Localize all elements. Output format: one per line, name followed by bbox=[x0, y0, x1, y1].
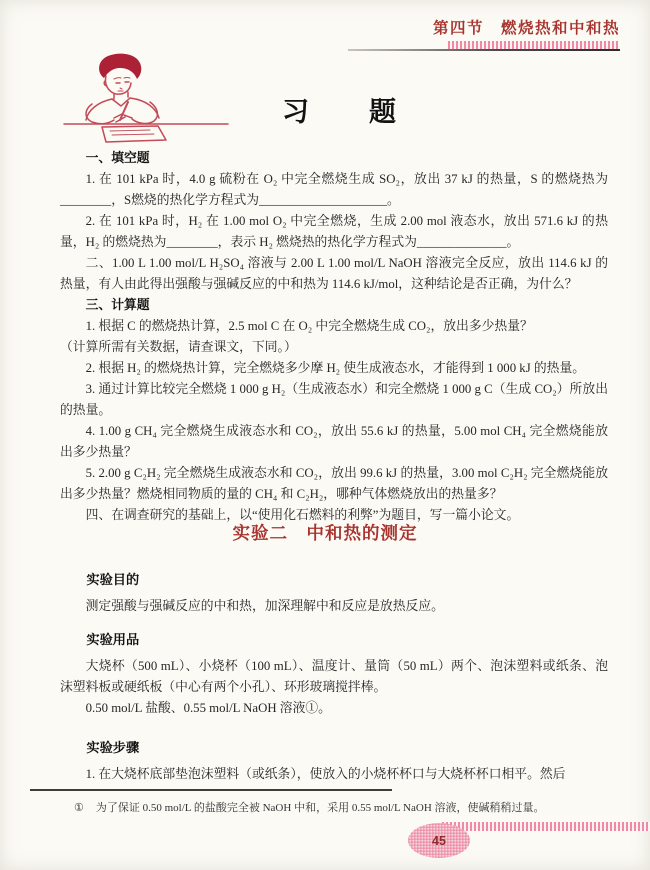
footnote-marker: ① bbox=[74, 801, 84, 816]
footer-stripe-ribbon bbox=[442, 822, 650, 831]
footnote-divider-line bbox=[30, 789, 392, 791]
experiment-section-title: 实验二 中和热的测定 bbox=[0, 520, 650, 545]
chapter-section-title: 第四节 燃烧热和中和热 bbox=[433, 16, 620, 38]
experiment-purpose-text: 测定强酸与强碱反应的中和热，加深理解中和反应是放热反应。 bbox=[60, 596, 608, 617]
fill-in-blank-heading: 一、填空题 bbox=[60, 148, 608, 169]
page-number-badge: 45 bbox=[408, 823, 470, 858]
calc-question-1: 1. 根据 C 的燃烧热计算，2.5 mol C 在 O₂ 中完全燃烧生成 CO… bbox=[60, 316, 608, 337]
experiment-steps-heading: 实验步骤 bbox=[60, 737, 608, 758]
experiment-supplies-glassware: 大烧杯（500 mL）、小烧杯（100 mL）、温度计、量筒（50 mL）两个、… bbox=[60, 656, 608, 698]
calc-question-2: 2. 根据 H₂ 的燃烧热计算，完全燃烧多少摩 H₂ 使生成液态水，才能得到 1… bbox=[60, 358, 608, 379]
question-neutralization: 二、1.00 L 1.00 mol/L H₂SO₄ 溶液与 2.00 L 1.0… bbox=[60, 253, 608, 295]
page-number: 45 bbox=[432, 834, 446, 848]
footnote: ① 为了保证 0.50 mol/L 的盐酸完全被 NaOH 中和，采用 0.55… bbox=[74, 801, 602, 816]
experiment-supplies-reagents: 0.50 mol/L 盐酸、0.55 mol/L NaOH 溶液①。 bbox=[60, 698, 608, 719]
question-2: 2. 在 101 kPa 时，H₂ 在 1.00 mol O₂ 中完全燃烧，生成… bbox=[60, 211, 608, 253]
experiment-purpose-heading: 实验目的 bbox=[60, 569, 608, 590]
calc-question-5: 5. 2.00 g C₂H₂ 完全燃烧生成液态水和 CO₂，放出 99.6 kJ… bbox=[60, 463, 608, 505]
experiment-supplies-heading: 实验用品 bbox=[60, 629, 608, 650]
experiment-purpose-block: 实验目的 测定强酸与强碱反应的中和热，加深理解中和反应是放热反应。 bbox=[60, 569, 608, 617]
calc-data-note: （计算所需有关数据，请查课文，下同。） bbox=[60, 337, 608, 358]
footnote-text: 为了保证 0.50 mol/L 的盐酸完全被 NaOH 中和，采用 0.55 m… bbox=[96, 801, 545, 816]
calculation-heading: 三、计算题 bbox=[60, 295, 608, 316]
calc-question-3: 3. 通过计算比较完全燃烧 1 000 g H₂（生成液态水）和完全燃烧 1 0… bbox=[60, 379, 608, 421]
experiment-step-1: 1. 在大烧杯底部垫泡沫塑料（或纸条），使放入的小烧杯杯口与大烧杯杯口相平。然后 bbox=[60, 764, 608, 785]
header-rule-line bbox=[348, 49, 620, 51]
experiment-supplies-block: 实验用品 大烧杯（500 mL）、小烧杯（100 mL）、温度计、量筒（50 m… bbox=[60, 629, 608, 719]
question-1: 1. 在 101 kPa 时，4.0 g 硫粉在 O₂ 中完全燃烧生成 SO₂，… bbox=[60, 169, 608, 211]
exercises-block: 一、填空题 1. 在 101 kPa 时，4.0 g 硫粉在 O₂ 中完全燃烧生… bbox=[60, 148, 608, 526]
exercises-page-title: 习 题 bbox=[30, 90, 650, 129]
experiment-steps-block: 实验步骤 1. 在大烧杯底部垫泡沫塑料（或纸条），使放入的小烧杯杯口与大烧杯杯口… bbox=[60, 737, 608, 785]
textbook-page: { "colors": { "accent_red": "#a8332e", "… bbox=[0, 0, 650, 870]
header-stripe-ribbon bbox=[448, 41, 618, 49]
calc-question-4: 4. 1.00 g CH₄ 完全燃烧生成液态水和 CO₂，放出 55.6 kJ … bbox=[60, 421, 608, 463]
